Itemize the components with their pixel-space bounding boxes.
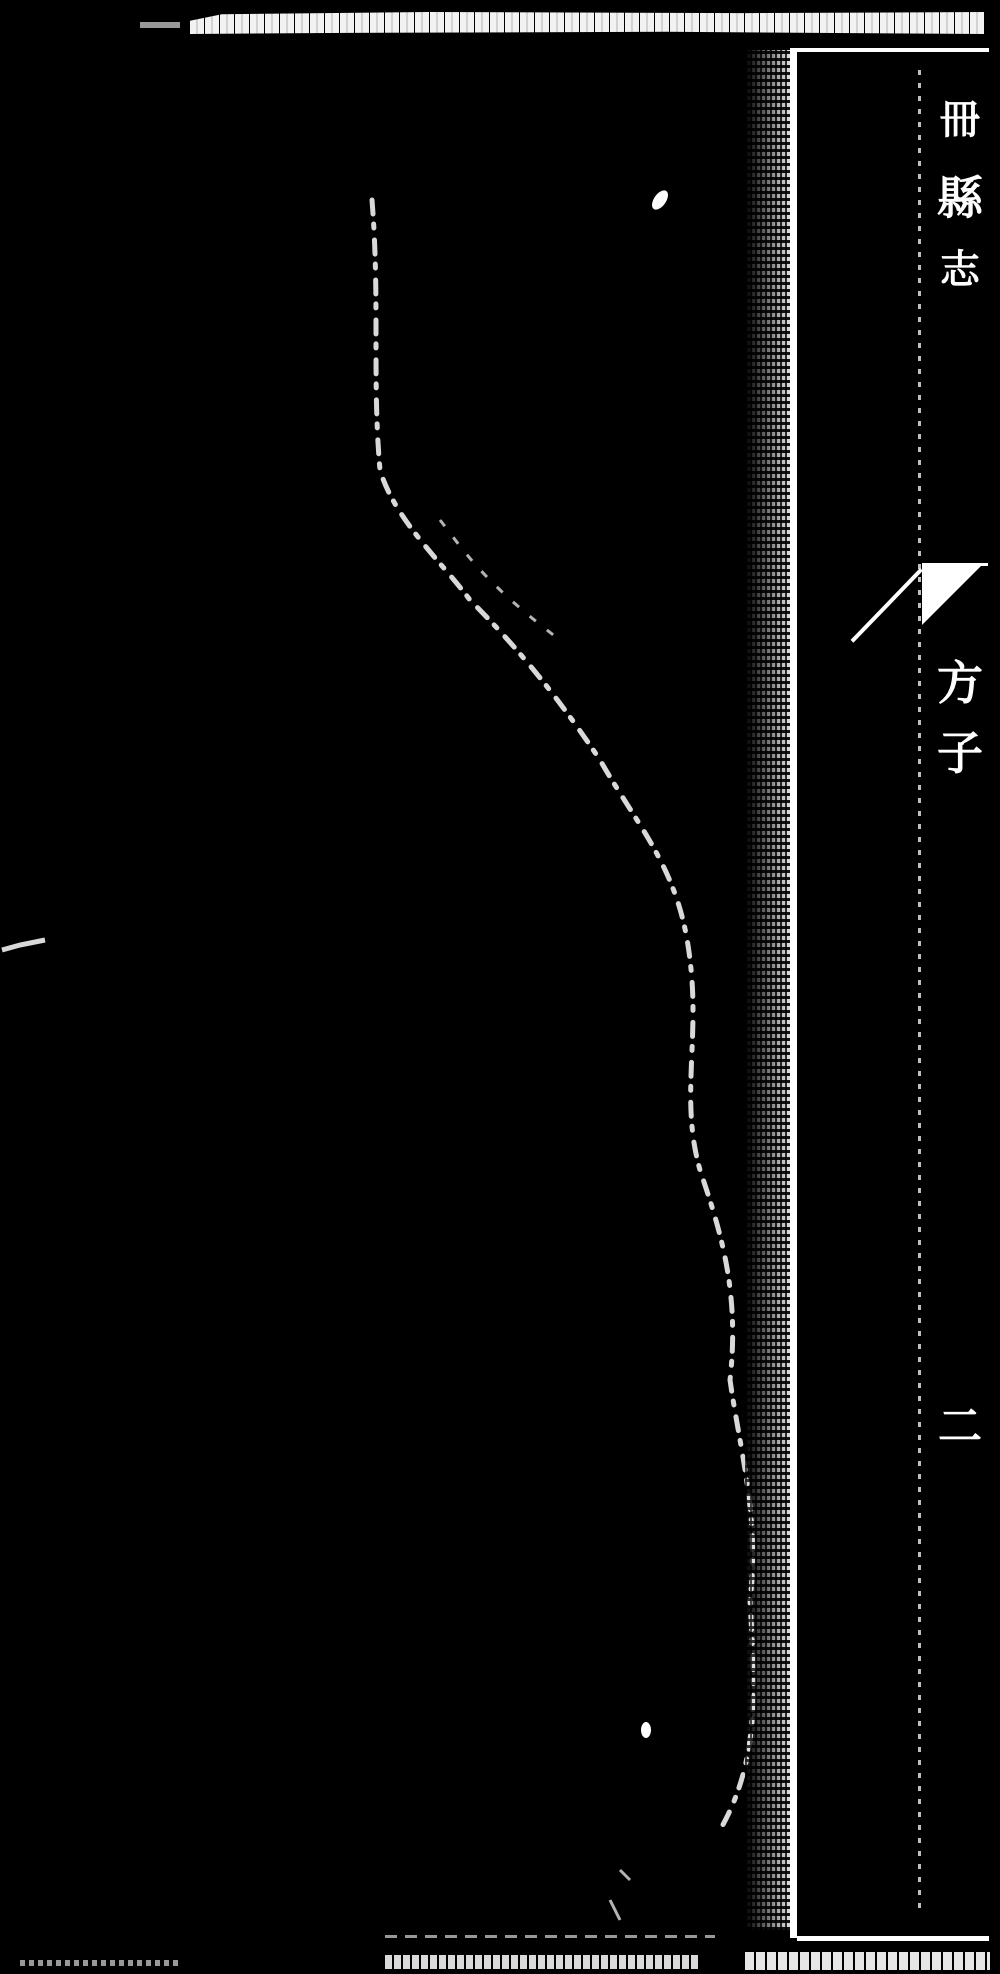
frame-top-rule [797, 48, 989, 52]
lower-border-fragment [385, 1935, 715, 1938]
title-glyph-2: 縣 [930, 175, 990, 221]
title-glyph-3: 志 [930, 250, 990, 290]
page-bottom-edge-left [20, 1960, 180, 1966]
page-fold-shadow [745, 50, 795, 1930]
scanned-page: 冊 縣 志 方 子 二 [0, 0, 1000, 1974]
fishtail-marker-icon [922, 565, 982, 625]
fishtail-diagonal [851, 568, 923, 643]
page-bottom-edge-right [745, 1952, 990, 1970]
page-fold-border [790, 48, 797, 1938]
page-number: 二 [930, 1405, 990, 1449]
page-bottom-edge-mid [385, 1955, 700, 1969]
title-glyph-1: 冊 [930, 100, 990, 140]
section-glyph-2: 子 [930, 730, 990, 776]
frame-bottom-rule [797, 1936, 989, 1941]
inner-column-rule [918, 68, 921, 1908]
section-glyph-1: 方 [930, 660, 990, 706]
page-crease-trace [0, 0, 760, 1974]
